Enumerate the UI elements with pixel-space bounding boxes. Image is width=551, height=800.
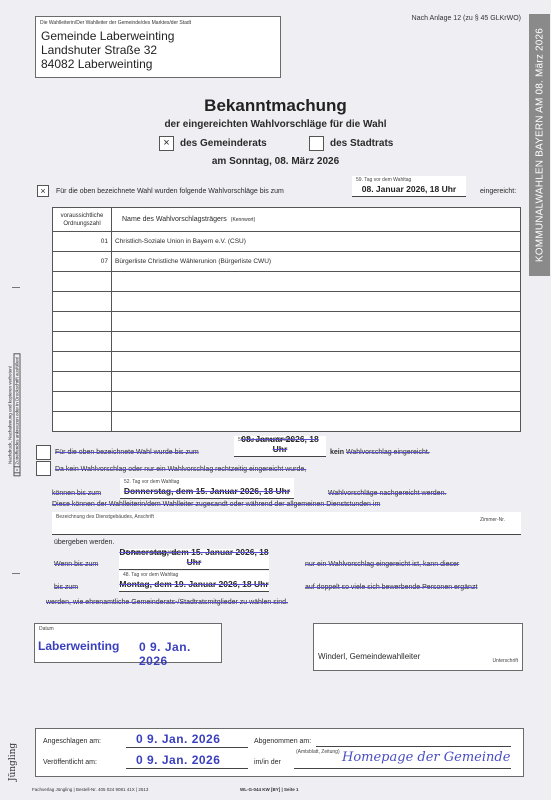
address-line-2: Landshuter Straße 32 — [41, 43, 157, 57]
election-banner: KOMMUNALWAHLEN BAYERN AM 08. März 2026 — [529, 14, 550, 276]
none-submitted-suffix-text: Wahlvorschlag eingereicht. — [346, 449, 430, 456]
side-note-instruction: Zutreffendes ankreuzen oder in Druckschr… — [15, 357, 20, 465]
extension-line-5-suffix: nur ein Wahlvorschlag eingereicht ist, k… — [305, 561, 459, 568]
row-number[interactable]: 01 — [53, 232, 112, 252]
none-submitted-deadline-field: 59. Tag vor dem Wahltag 08. Januar 2026,… — [234, 436, 326, 457]
fold-mark — [12, 573, 20, 574]
deadline-label: 52. Tag vor dem Wahltag — [124, 479, 179, 485]
checkbox-sample-icon: × — [14, 467, 21, 474]
checkbox-none-submitted[interactable] — [36, 445, 51, 460]
row-number[interactable]: 07 — [53, 252, 112, 272]
table-row — [53, 272, 521, 292]
extension-deadline-1-field: 52. Tag vor dem Wahltag Donnerstag, dem … — [120, 478, 294, 499]
posted-date-stamp: 0 9. Jan. 2026 — [136, 732, 220, 746]
option-gemeinderat-label: des Gemeinderats — [180, 138, 267, 149]
address-label: Die Wahlleiterin/Der Wahlleiter der Geme… — [40, 20, 191, 26]
checkbox-gemeinderat[interactable]: × — [159, 136, 174, 151]
extension-line-7: werden, wie ehrenamtliche Gemeinderats-/… — [46, 599, 288, 606]
column-header-name: Name des Wahlvorschlagsträgers(Kennwort) — [112, 208, 521, 232]
column-header-name-text: Name des Wahlvorschlagsträgers — [122, 216, 227, 223]
deadline-label: 59. Tag vor dem Wahltag — [356, 177, 411, 183]
table-row: 01Christlich-Soziale Union in Bayern e.V… — [53, 232, 521, 252]
row-number[interactable] — [53, 272, 112, 292]
extension-line-5: Wenn bis zum — [54, 561, 98, 568]
row-number[interactable] — [53, 332, 112, 352]
medium-label: (Amtsblatt, Zeitung) — [296, 749, 340, 755]
row-number[interactable] — [53, 392, 112, 412]
row-party-name[interactable] — [112, 412, 521, 432]
kein-text: kein — [330, 449, 344, 456]
table-row — [53, 392, 521, 412]
checkbox-submitted[interactable]: × — [37, 185, 49, 197]
none-submitted-suffix: kein Wahlvorschlag eingereicht. — [330, 449, 430, 456]
extension-deadline-2-field: 52. Tag vor dem Wahltag Donnerstag, dem … — [119, 549, 269, 570]
room-label: Zimmer-Nr. — [480, 517, 505, 523]
publisher-logo: Jüngling — [6, 742, 20, 782]
returning-officer-address-box: Die Wahlleiterin/Der Wahlleiter der Geme… — [35, 16, 281, 78]
nominations-table: voraussichtliche Ordnungszahl Name des W… — [52, 207, 521, 432]
building-address-field[interactable]: Bezeichnung des Dienstgebäudes, Anschrif… — [52, 512, 521, 535]
deadline-value: 08. Januar 2026, 18 Uhr — [234, 434, 326, 454]
medium-handwritten: Homepage der Gemeinde — [342, 750, 510, 765]
submitted-deadline-field: 59. Tag vor dem Wahltag 08. Januar 2026,… — [352, 176, 466, 197]
published-date-field[interactable]: 0 9. Jan. 2026 — [126, 752, 248, 769]
checkbox-extension[interactable] — [36, 461, 51, 476]
published-label: Veröffentlicht am: — [43, 759, 97, 766]
row-party-name[interactable] — [112, 272, 521, 292]
side-note-instruction-box: ×Zutreffendes ankreuzen oder in Drucksch… — [14, 354, 21, 477]
row-number[interactable] — [53, 312, 112, 332]
checkbox-stadtrat[interactable] — [309, 136, 324, 151]
election-date: am Sonntag, 08. März 2026 — [0, 156, 551, 167]
fold-mark — [12, 287, 20, 288]
row-party-name[interactable]: Christlich-Soziale Union in Bayern e.V. … — [112, 232, 521, 252]
deadline-value: Montag, dem 19. Januar 2026, 18 Uhr — [119, 579, 269, 589]
row-party-name[interactable] — [112, 312, 521, 332]
signature-field[interactable]: Winderl, Gemeindewahlleiter Unterschrift — [313, 623, 523, 671]
signer-name: Winderl, Gemeindewahlleiter — [318, 652, 420, 661]
column-header-name-hint: (Kennwort) — [231, 217, 255, 223]
in-label: im/in der — [254, 759, 281, 766]
submitted-text: Für die oben bezeichnete Wahl wurden fol… — [56, 188, 284, 195]
deadline-value: Donnerstag, dem 15. Januar 2026, 18 Uhr — [120, 486, 294, 496]
published-date-stamp: 0 9. Jan. 2026 — [136, 753, 220, 767]
extension-deadline-3-field: 48. Tag vor dem Wahltag Montag, dem 19. … — [119, 571, 269, 592]
page-title: Bekanntmachung — [0, 96, 551, 116]
row-number[interactable] — [53, 412, 112, 432]
deadline-value: 08. Januar 2026, 18 Uhr — [352, 184, 466, 194]
row-number[interactable] — [53, 352, 112, 372]
date-label: Datum — [39, 626, 54, 632]
row-party-name[interactable] — [112, 372, 521, 392]
row-party-name[interactable] — [112, 292, 521, 312]
election-banner-text: KOMMUNALWAHLEN BAYERN AM 08. März 2026 — [534, 28, 545, 262]
option-stadtrat-label: des Stadtrats — [330, 138, 393, 149]
row-party-name[interactable] — [112, 392, 521, 412]
annex-reference: Nach Anlage 12 (zu § 45 GLKrWO) — [412, 15, 521, 22]
extension-line-1: Da kein Wahlvorschlag oder nur ein Wahlv… — [55, 466, 306, 473]
page-subtitle: der eingereichten Wahlvorschläge für die… — [0, 119, 551, 130]
publication-medium-field[interactable]: (Amtsblatt, Zeitung) Homepage der Gemein… — [294, 749, 511, 769]
none-submitted-text: Für die oben bezeichnete Wahl wurde bis … — [55, 449, 199, 456]
building-label: Bezeichnung des Dienstgebäudes, Anschrif… — [56, 514, 154, 520]
footer-form-id: WL-G-044 KW [BY] | Seite 1 — [240, 787, 299, 792]
row-party-name[interactable] — [112, 332, 521, 352]
table-row — [53, 352, 521, 372]
posting-record-box: Angeschlagen am: 0 9. Jan. 2026 Abgenomm… — [35, 728, 524, 777]
extension-line-2: können bis zum — [52, 490, 101, 497]
removed-date-field[interactable] — [316, 731, 511, 747]
date-stamp: 0 9. Jan. 2026 — [139, 640, 221, 668]
date-place-stamp: Laberweinting — [38, 639, 119, 653]
table-row: 07Bürgerliste Christliche Wählerunion (B… — [53, 252, 521, 272]
table-row — [53, 312, 521, 332]
extension-line-6: bis zum — [54, 584, 78, 591]
extension-line-4: übergeben werden. — [54, 539, 114, 546]
row-number[interactable] — [53, 372, 112, 392]
row-party-name[interactable]: Bürgerliste Christliche Wählerunion (Bür… — [112, 252, 521, 272]
address-line-3: 84082 Laberweinting — [41, 57, 152, 71]
column-header-number: voraussichtliche Ordnungszahl — [53, 208, 112, 232]
side-note: Nachdruck, Nachahmung und kopieren verbo… — [3, 345, 25, 485]
submitted-suffix: eingereicht: — [480, 188, 516, 195]
date-field[interactable]: Datum Laberweinting 0 9. Jan. 2026 — [34, 623, 222, 663]
posted-date-field[interactable]: 0 9. Jan. 2026 — [126, 731, 248, 748]
posted-label: Angeschlagen am: — [43, 738, 101, 745]
signature-label: Unterschrift — [492, 658, 518, 664]
publisher-logo-text: Jüngling — [8, 743, 18, 781]
table-row — [53, 372, 521, 392]
extension-line-2-suffix: Wahlvorschläge nachgereicht werden. — [328, 490, 446, 497]
deadline-label: 48. Tag vor dem Wahltag — [123, 572, 178, 578]
table-row — [53, 412, 521, 432]
row-number[interactable] — [53, 292, 112, 312]
removed-label: Abgenommen am: — [254, 738, 311, 745]
address-line-1: Gemeinde Laberweinting — [41, 29, 174, 43]
footer-order-info: Fachverlag Jüngling | Bestell-Nr. 405 02… — [32, 787, 148, 792]
table-row — [53, 292, 521, 312]
row-party-name[interactable] — [112, 352, 521, 372]
deadline-value: Donnerstag, dem 15. Januar 2026, 18 Uhr — [119, 547, 269, 567]
extension-line-3: Diese können der Wahlleiterin/dem Wahlle… — [52, 501, 380, 508]
side-note-copyright: Nachdruck, Nachahmung und kopieren verbo… — [8, 354, 13, 477]
table-row — [53, 332, 521, 352]
extension-line-6-suffix: auf doppelt so viele sich bewerbende Per… — [305, 584, 477, 591]
